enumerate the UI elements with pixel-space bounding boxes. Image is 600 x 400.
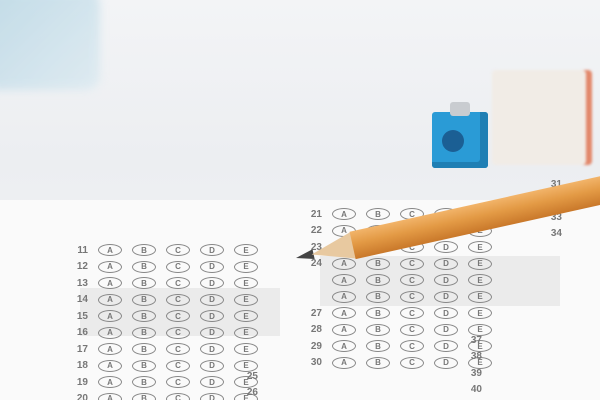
answer-row: 17ABCDE — [66, 341, 268, 358]
answer-bubble: B — [132, 294, 156, 306]
answer-bubble: B — [132, 327, 156, 339]
answer-bubble: A — [98, 376, 122, 388]
answer-row: 14ABCDE — [66, 292, 268, 309]
answer-bubble: B — [366, 307, 390, 319]
answer-bubble: A — [332, 324, 356, 336]
answer-bubble: D — [200, 310, 224, 322]
answer-bubble: C — [166, 393, 190, 400]
answer-bubble: C — [400, 291, 424, 303]
answer-bubble: D — [200, 261, 224, 273]
answer-bubble: A — [98, 343, 122, 355]
answer-bubble: A — [332, 274, 356, 286]
question-number: 38 — [460, 351, 482, 362]
answer-bubble: C — [166, 310, 190, 322]
answer-bubble: E — [234, 244, 258, 256]
answer-bubble: D — [200, 393, 224, 400]
answer-row: 27ABCDE — [300, 305, 502, 322]
answer-bubble: B — [366, 324, 390, 336]
answer-bubble: A — [332, 307, 356, 319]
answer-bubble: B — [132, 244, 156, 256]
answer-bubble: D — [200, 244, 224, 256]
answer-bubble: D — [200, 360, 224, 372]
answer-bubble: A — [98, 261, 122, 273]
question-number: 26 — [236, 387, 258, 398]
answer-bubble: B — [132, 277, 156, 289]
answer-row: 13ABCDE — [66, 275, 268, 292]
answer-bubble: C — [166, 261, 190, 273]
answer-row: 11ABCDE — [66, 242, 268, 259]
answer-bubble: C — [166, 360, 190, 372]
answer-bubble: A — [98, 310, 122, 322]
answer-bubble: B — [366, 357, 390, 369]
answer-bubble: E — [234, 310, 258, 322]
question-number: 21 — [300, 209, 322, 220]
answer-bubble: C — [400, 340, 424, 352]
question-number: 34 — [540, 228, 562, 239]
face-mask — [0, 0, 100, 90]
answer-bubble: E — [468, 241, 492, 253]
question-number: 30 — [300, 357, 322, 368]
answer-row: ABCDE — [300, 289, 502, 306]
eraser — [492, 70, 592, 165]
answer-row: 15ABCDE — [66, 308, 268, 325]
question-number: 13 — [66, 278, 88, 289]
answer-bubble: C — [400, 274, 424, 286]
question-number: 28 — [300, 324, 322, 335]
sharpener-hole — [442, 130, 464, 152]
answer-bubble: D — [434, 357, 458, 369]
answer-bubble: C — [166, 343, 190, 355]
answer-row: ABCDE — [300, 272, 502, 289]
answer-bubble: A — [98, 393, 122, 400]
answer-bubble: E — [234, 261, 258, 273]
answer-bubble: A — [98, 327, 122, 339]
answer-bubble: A — [332, 357, 356, 369]
answer-bubble: B — [366, 274, 390, 286]
answer-bubble: E — [234, 327, 258, 339]
answer-row: 34 — [540, 226, 572, 243]
question-number: 18 — [66, 360, 88, 371]
question-number: 12 — [66, 261, 88, 272]
photo-scene: 11ABCDE12ABCDE13ABCDE14ABCDE15ABCDE16ABC… — [0, 0, 600, 400]
answer-bubble: A — [98, 294, 122, 306]
answer-bubble: E — [234, 277, 258, 289]
answer-bubble: C — [166, 294, 190, 306]
answer-bubble: D — [200, 294, 224, 306]
answer-bubble: E — [468, 274, 492, 286]
answer-bubble: A — [98, 360, 122, 372]
sharpener-blade — [450, 102, 470, 116]
answer-row: 12ABCDE — [66, 259, 268, 276]
question-number: 37 — [460, 335, 482, 346]
question-number: 25 — [236, 371, 258, 382]
answer-bubble: C — [166, 244, 190, 256]
answer-bubble: A — [98, 277, 122, 289]
answer-bubble: D — [434, 291, 458, 303]
question-number: 15 — [66, 311, 88, 322]
answer-bubble: E — [234, 343, 258, 355]
question-number: 20 — [66, 393, 88, 400]
answer-bubble: C — [400, 357, 424, 369]
answer-bubble: B — [132, 310, 156, 322]
answer-bubble: A — [332, 340, 356, 352]
question-number: 11 — [66, 245, 88, 256]
answer-bubble: D — [434, 258, 458, 270]
answer-bubble: E — [234, 294, 258, 306]
answer-bubble: A — [332, 208, 356, 220]
question-number: 29 — [300, 341, 322, 352]
answer-bubble: D — [200, 343, 224, 355]
pencil-sharpener — [432, 112, 488, 168]
answer-bubble: D — [200, 277, 224, 289]
answer-bubble: D — [434, 324, 458, 336]
question-number: 40 — [460, 384, 482, 395]
answer-bubble: B — [132, 376, 156, 388]
answer-bubble: A — [332, 291, 356, 303]
answer-bubble: B — [132, 360, 156, 372]
answer-bubble: D — [434, 274, 458, 286]
question-number: 27 — [300, 308, 322, 319]
answer-bubble: E — [468, 291, 492, 303]
answer-bubble: C — [166, 277, 190, 289]
answer-column-bottom-right: 37 38 39 40 — [460, 332, 492, 398]
answer-bubble: C — [166, 327, 190, 339]
question-number: 19 — [66, 377, 88, 388]
answer-bubble: B — [132, 393, 156, 400]
answer-bubble: D — [200, 376, 224, 388]
answer-column-bottom-left: 25 26 — [236, 368, 268, 400]
answer-bubble: C — [400, 307, 424, 319]
answer-bubble: B — [132, 343, 156, 355]
answer-bubble: C — [400, 258, 424, 270]
answer-bubble: B — [366, 291, 390, 303]
question-number: 14 — [66, 294, 88, 305]
answer-bubble: D — [434, 340, 458, 352]
answer-bubble: B — [132, 261, 156, 273]
answer-bubble: C — [166, 376, 190, 388]
answer-bubble: C — [400, 324, 424, 336]
answer-bubble: B — [366, 340, 390, 352]
answer-bubble: D — [434, 307, 458, 319]
answer-bubble: E — [468, 258, 492, 270]
question-number: 16 — [66, 327, 88, 338]
question-number: 17 — [66, 344, 88, 355]
answer-bubble: E — [468, 307, 492, 319]
answer-bubble: A — [98, 244, 122, 256]
answer-bubble: D — [200, 327, 224, 339]
question-number: 39 — [460, 368, 482, 379]
answer-row: 16ABCDE — [66, 325, 268, 342]
